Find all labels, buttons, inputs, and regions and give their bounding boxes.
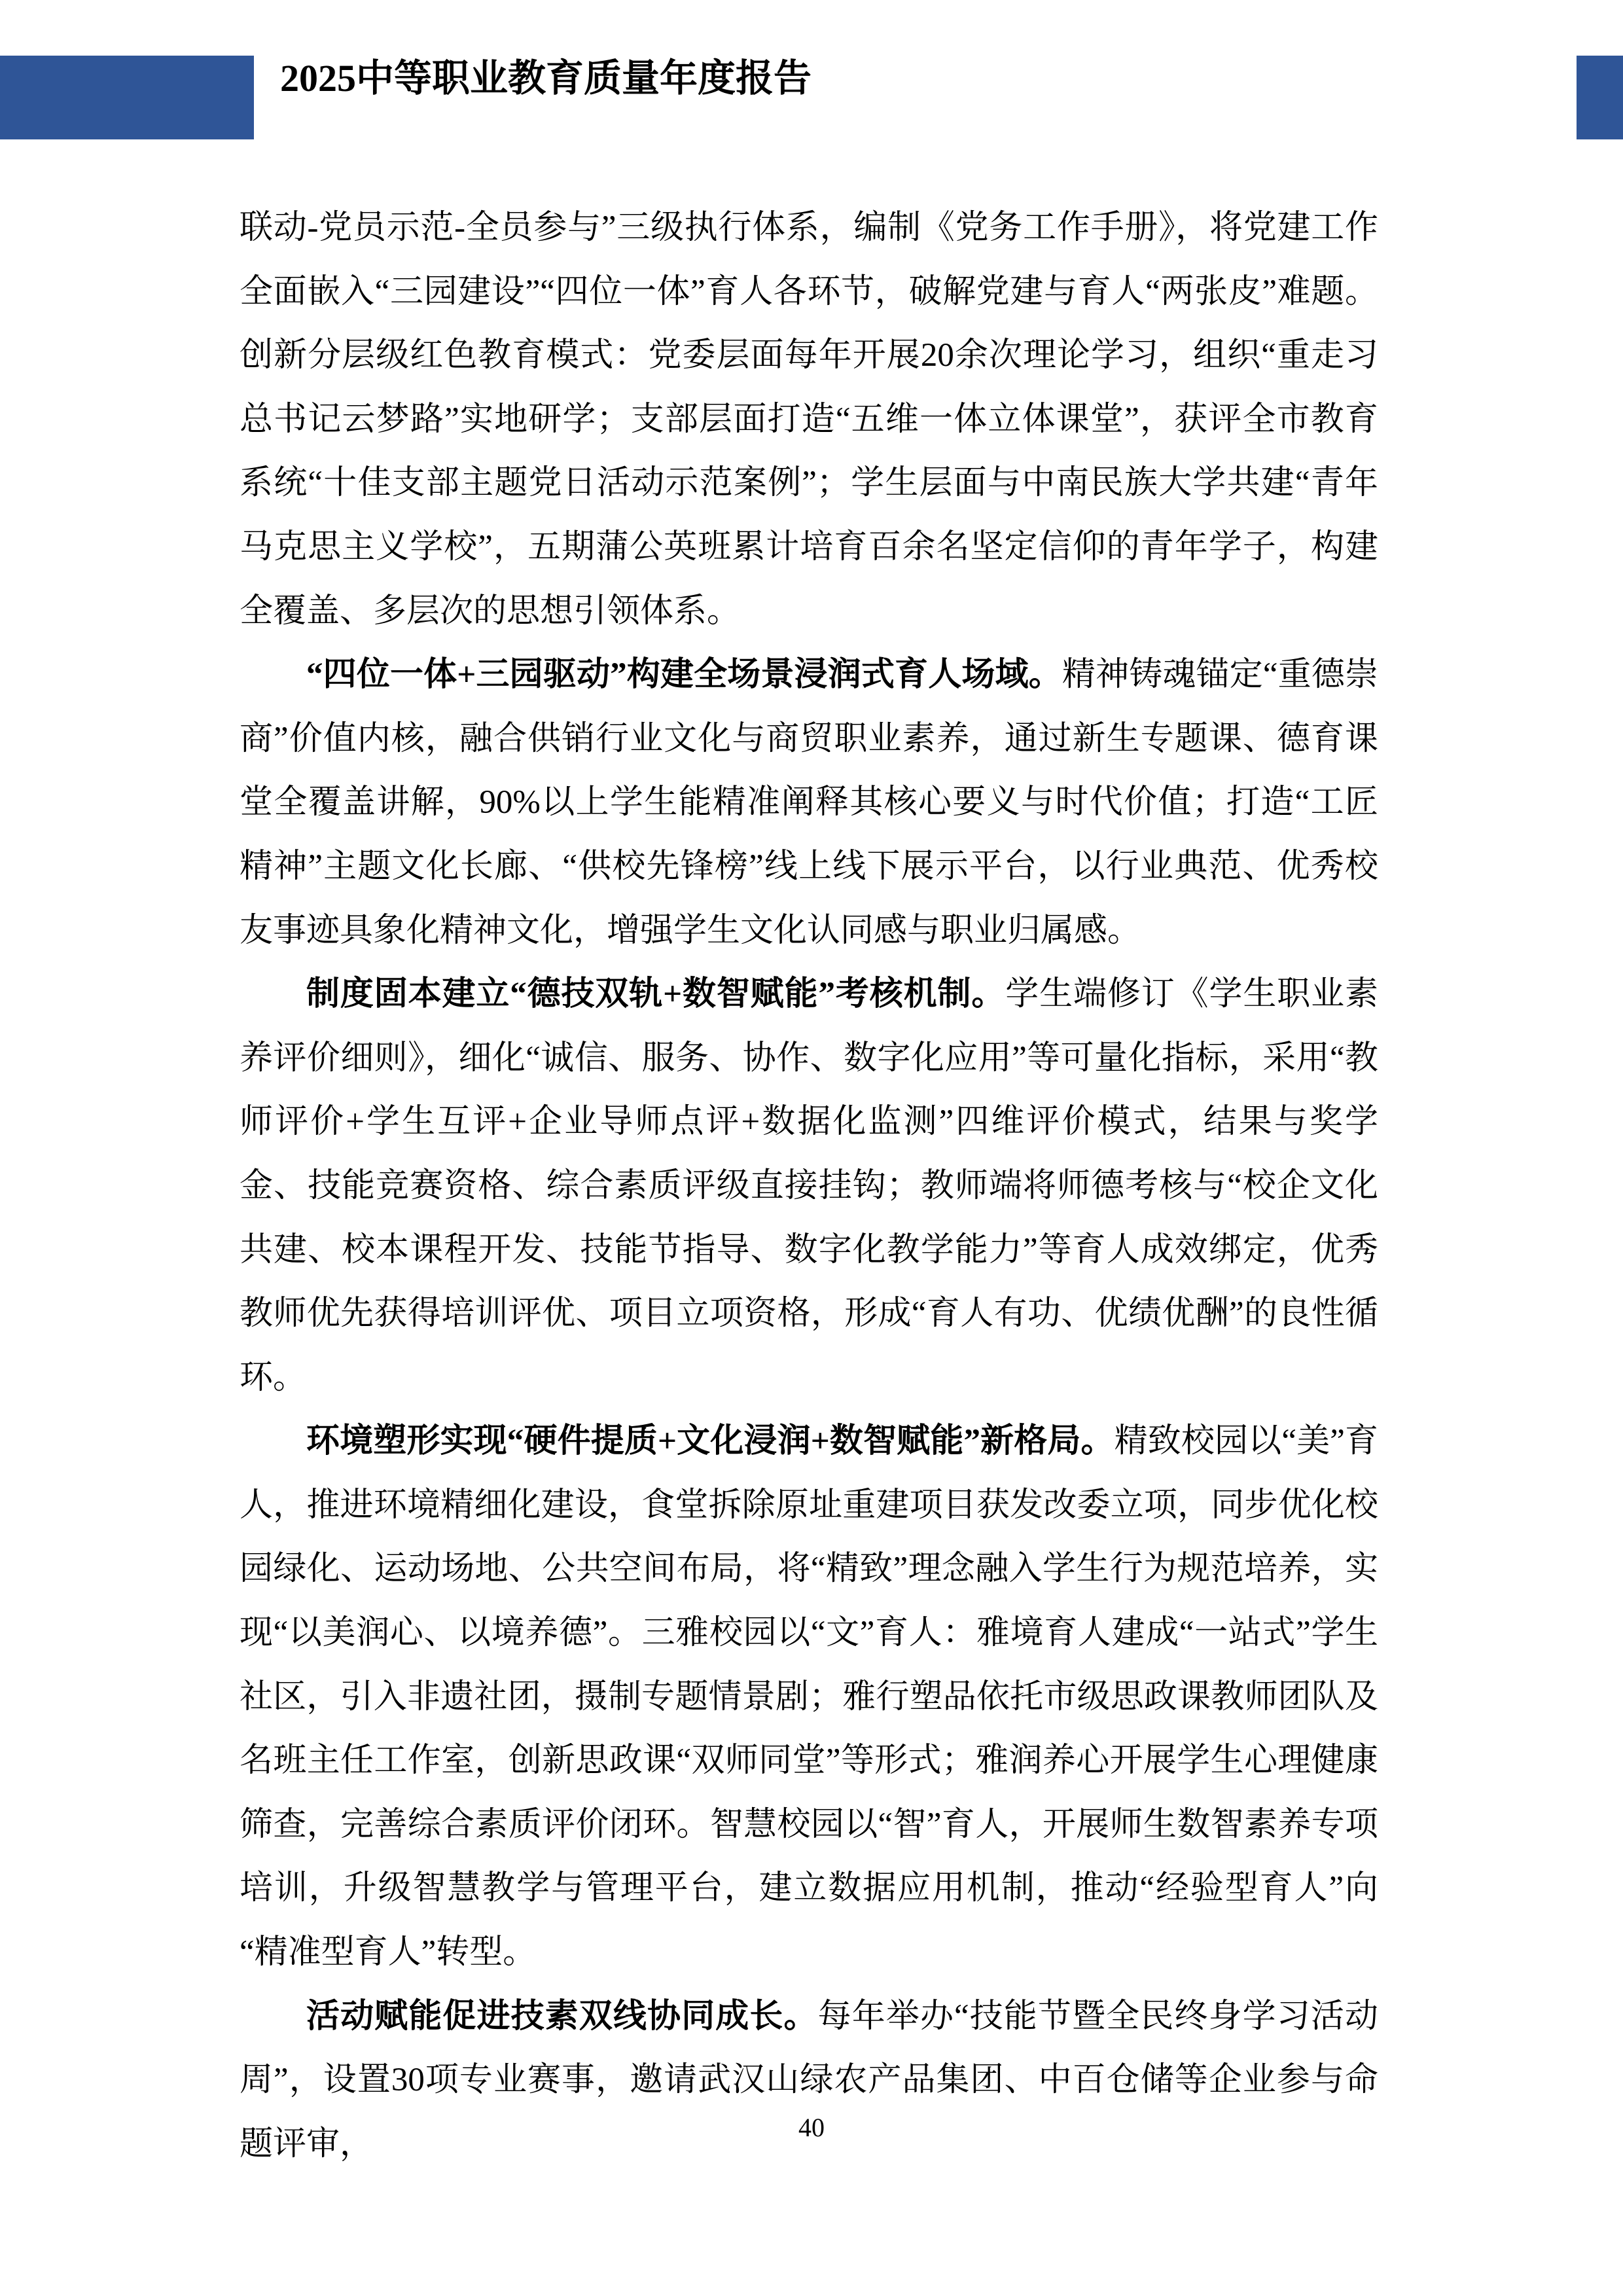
- paragraph-text: 精神铸魂锚定“重德崇商”价值内核，融合供销行业文化与商贸职业素养，通过新生专题课…: [240, 656, 1378, 948]
- paragraph-lead-bold: 制度固本建立“德技双轨+数智赋能”考核机制。: [306, 976, 1005, 1013]
- page-number: 40: [0, 2110, 1623, 2145]
- document-body: 联动-党员示范-全员参与”三级执行体系，编制《党务工作手册》，将党建工作全面嵌入…: [240, 196, 1378, 2176]
- paragraph: 制度固本建立“德技双轨+数智赋能”考核机制。学生端修订《学生职业素养评价细则》，…: [240, 963, 1378, 1410]
- paragraph-text: 学生端修订《学生职业素养评价细则》，细化“诚信、服务、协作、数字化应用”等可量化…: [240, 976, 1378, 1396]
- page-header-title: 2025中等职业教育质量年度报告: [280, 58, 811, 99]
- paragraph-text: 精致校园以“美”育人，推进环境精细化建设，食堂拆除原址重建项目获发改委立项，同步…: [240, 1423, 1378, 1971]
- paragraph-lead-bold: “四位一体+三园驱动”构建全场景浸润式育人场域。: [306, 656, 1062, 693]
- document-page: 2025中等职业教育质量年度报告 联动-党员示范-全员参与”三级执行体系，编制《…: [0, 0, 1623, 2296]
- paragraph: 联动-党员示范-全员参与”三级执行体系，编制《党务工作手册》，将党建工作全面嵌入…: [240, 196, 1378, 643]
- paragraph-text: 联动-党员示范-全员参与”三级执行体系，编制《党务工作手册》，将党建工作全面嵌入…: [240, 209, 1378, 630]
- header-accent-bar-left: [0, 56, 254, 139]
- paragraph-lead-bold: 环境塑形实现“硬件提质+文化浸润+数智赋能”新格局。: [306, 1423, 1115, 1460]
- paragraph: 活动赋能促进技素双线协同成长。每年举办“技能节暨全民终身学习活动周”，设置30项…: [240, 1985, 1378, 2177]
- paragraph: “四位一体+三园驱动”构建全场景浸润式育人场域。精神铸魂锚定“重德崇商”价值内核…: [240, 643, 1378, 963]
- paragraph-lead-bold: 活动赋能促进技素双线协同成长。: [306, 1998, 818, 2035]
- paragraph: 环境塑形实现“硬件提质+文化浸润+数智赋能”新格局。精致校园以“美”育人，推进环…: [240, 1410, 1378, 1984]
- header-accent-bar-right: [1577, 56, 1623, 139]
